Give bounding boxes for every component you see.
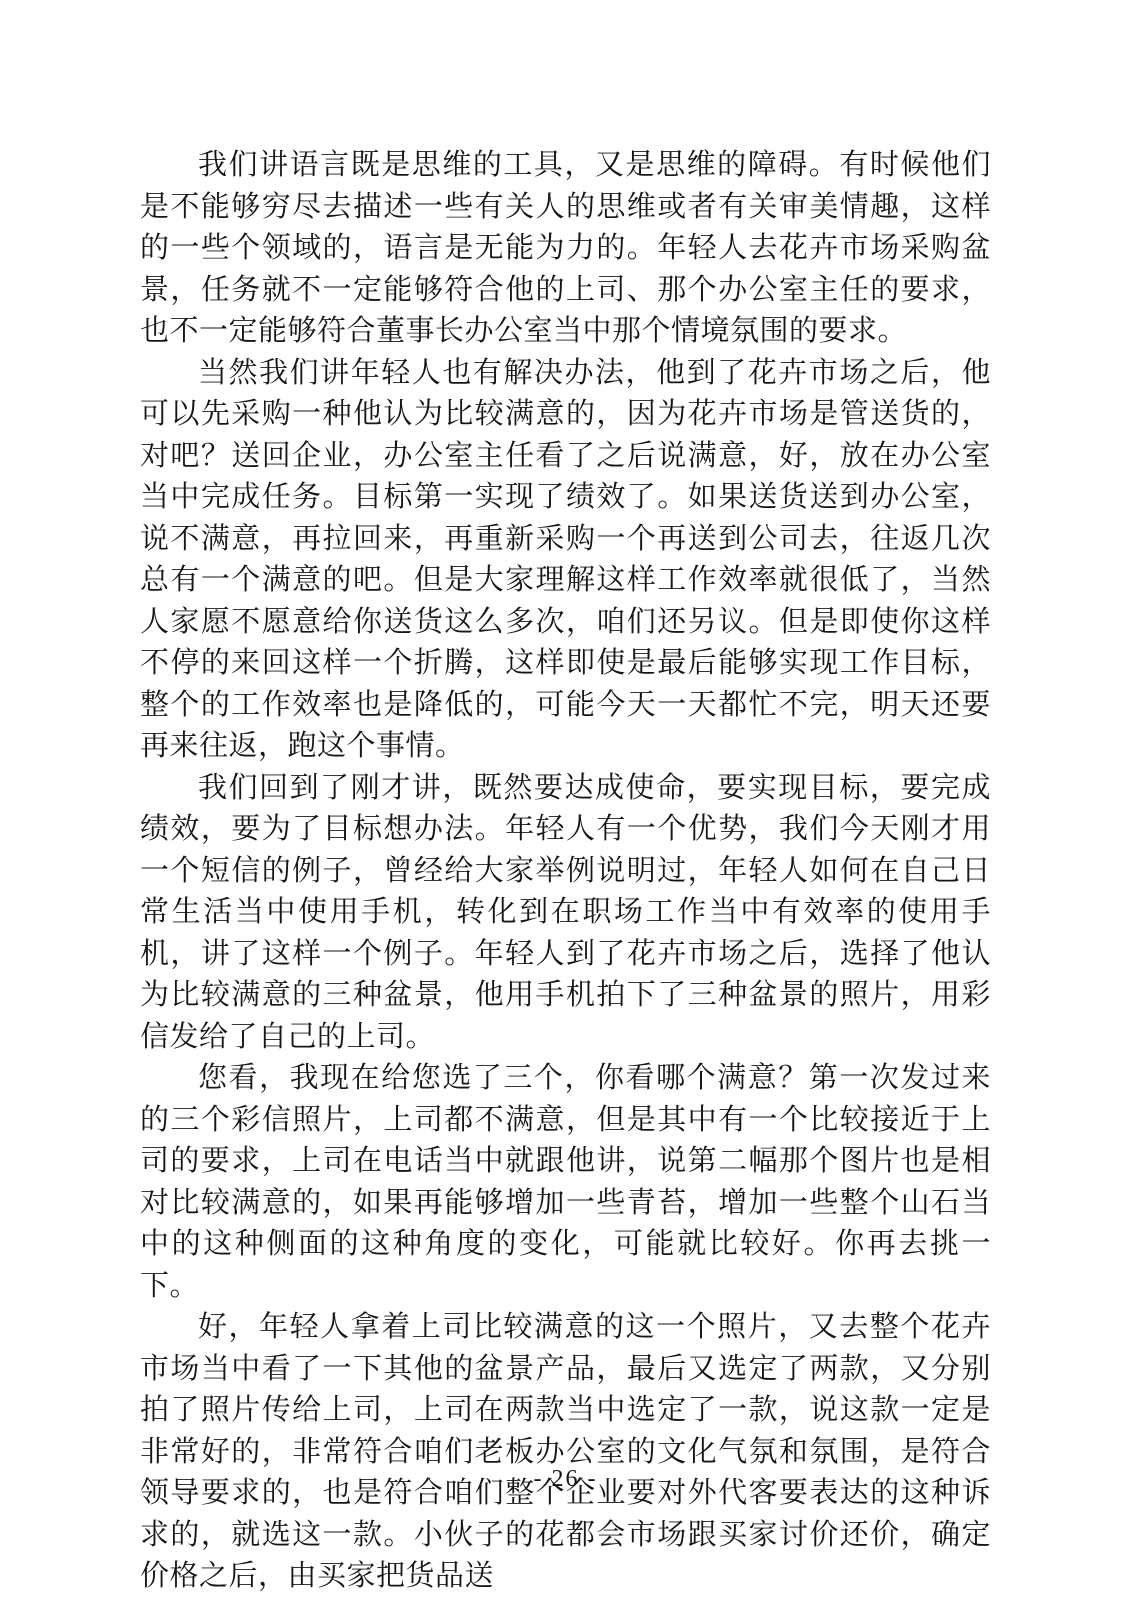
- paragraph: 好，年轻人拿着上司比较满意的这一个照片，又去整个花卉市场当中看了一下其他的盆景产…: [140, 1307, 991, 1598]
- paragraph: 我们回到了刚才讲，既然要达成使命，要实现目标，要完成绩效，要为了目标想办法。年轻…: [140, 768, 991, 1059]
- paragraph: 当然我们讲年轻人也有解决办法，他到了花卉市场之后，他可以先采购一种他认为比较满意…: [140, 353, 991, 768]
- paragraph: 我们讲语言既是思维的工具，又是思维的障碍。有时候他们是不能够穷尽去描述一些有关人…: [140, 145, 991, 353]
- text-block: 我们讲语言既是思维的工具，又是思维的障碍。有时候他们是不能够穷尽去描述一些有关人…: [140, 145, 991, 1598]
- paragraph: 您看，我现在给您选了三个，你看哪个满意？第一次发过来的三个彩信照片，上司都不满意…: [140, 1058, 991, 1307]
- page-number: - 26 -: [534, 1466, 598, 1492]
- page-footer: - 26 -: [140, 1466, 991, 1493]
- document-page: 我们讲语言既是思维的工具，又是思维的障碍。有时候他们是不能够穷尽去描述一些有关人…: [0, 0, 1131, 1600]
